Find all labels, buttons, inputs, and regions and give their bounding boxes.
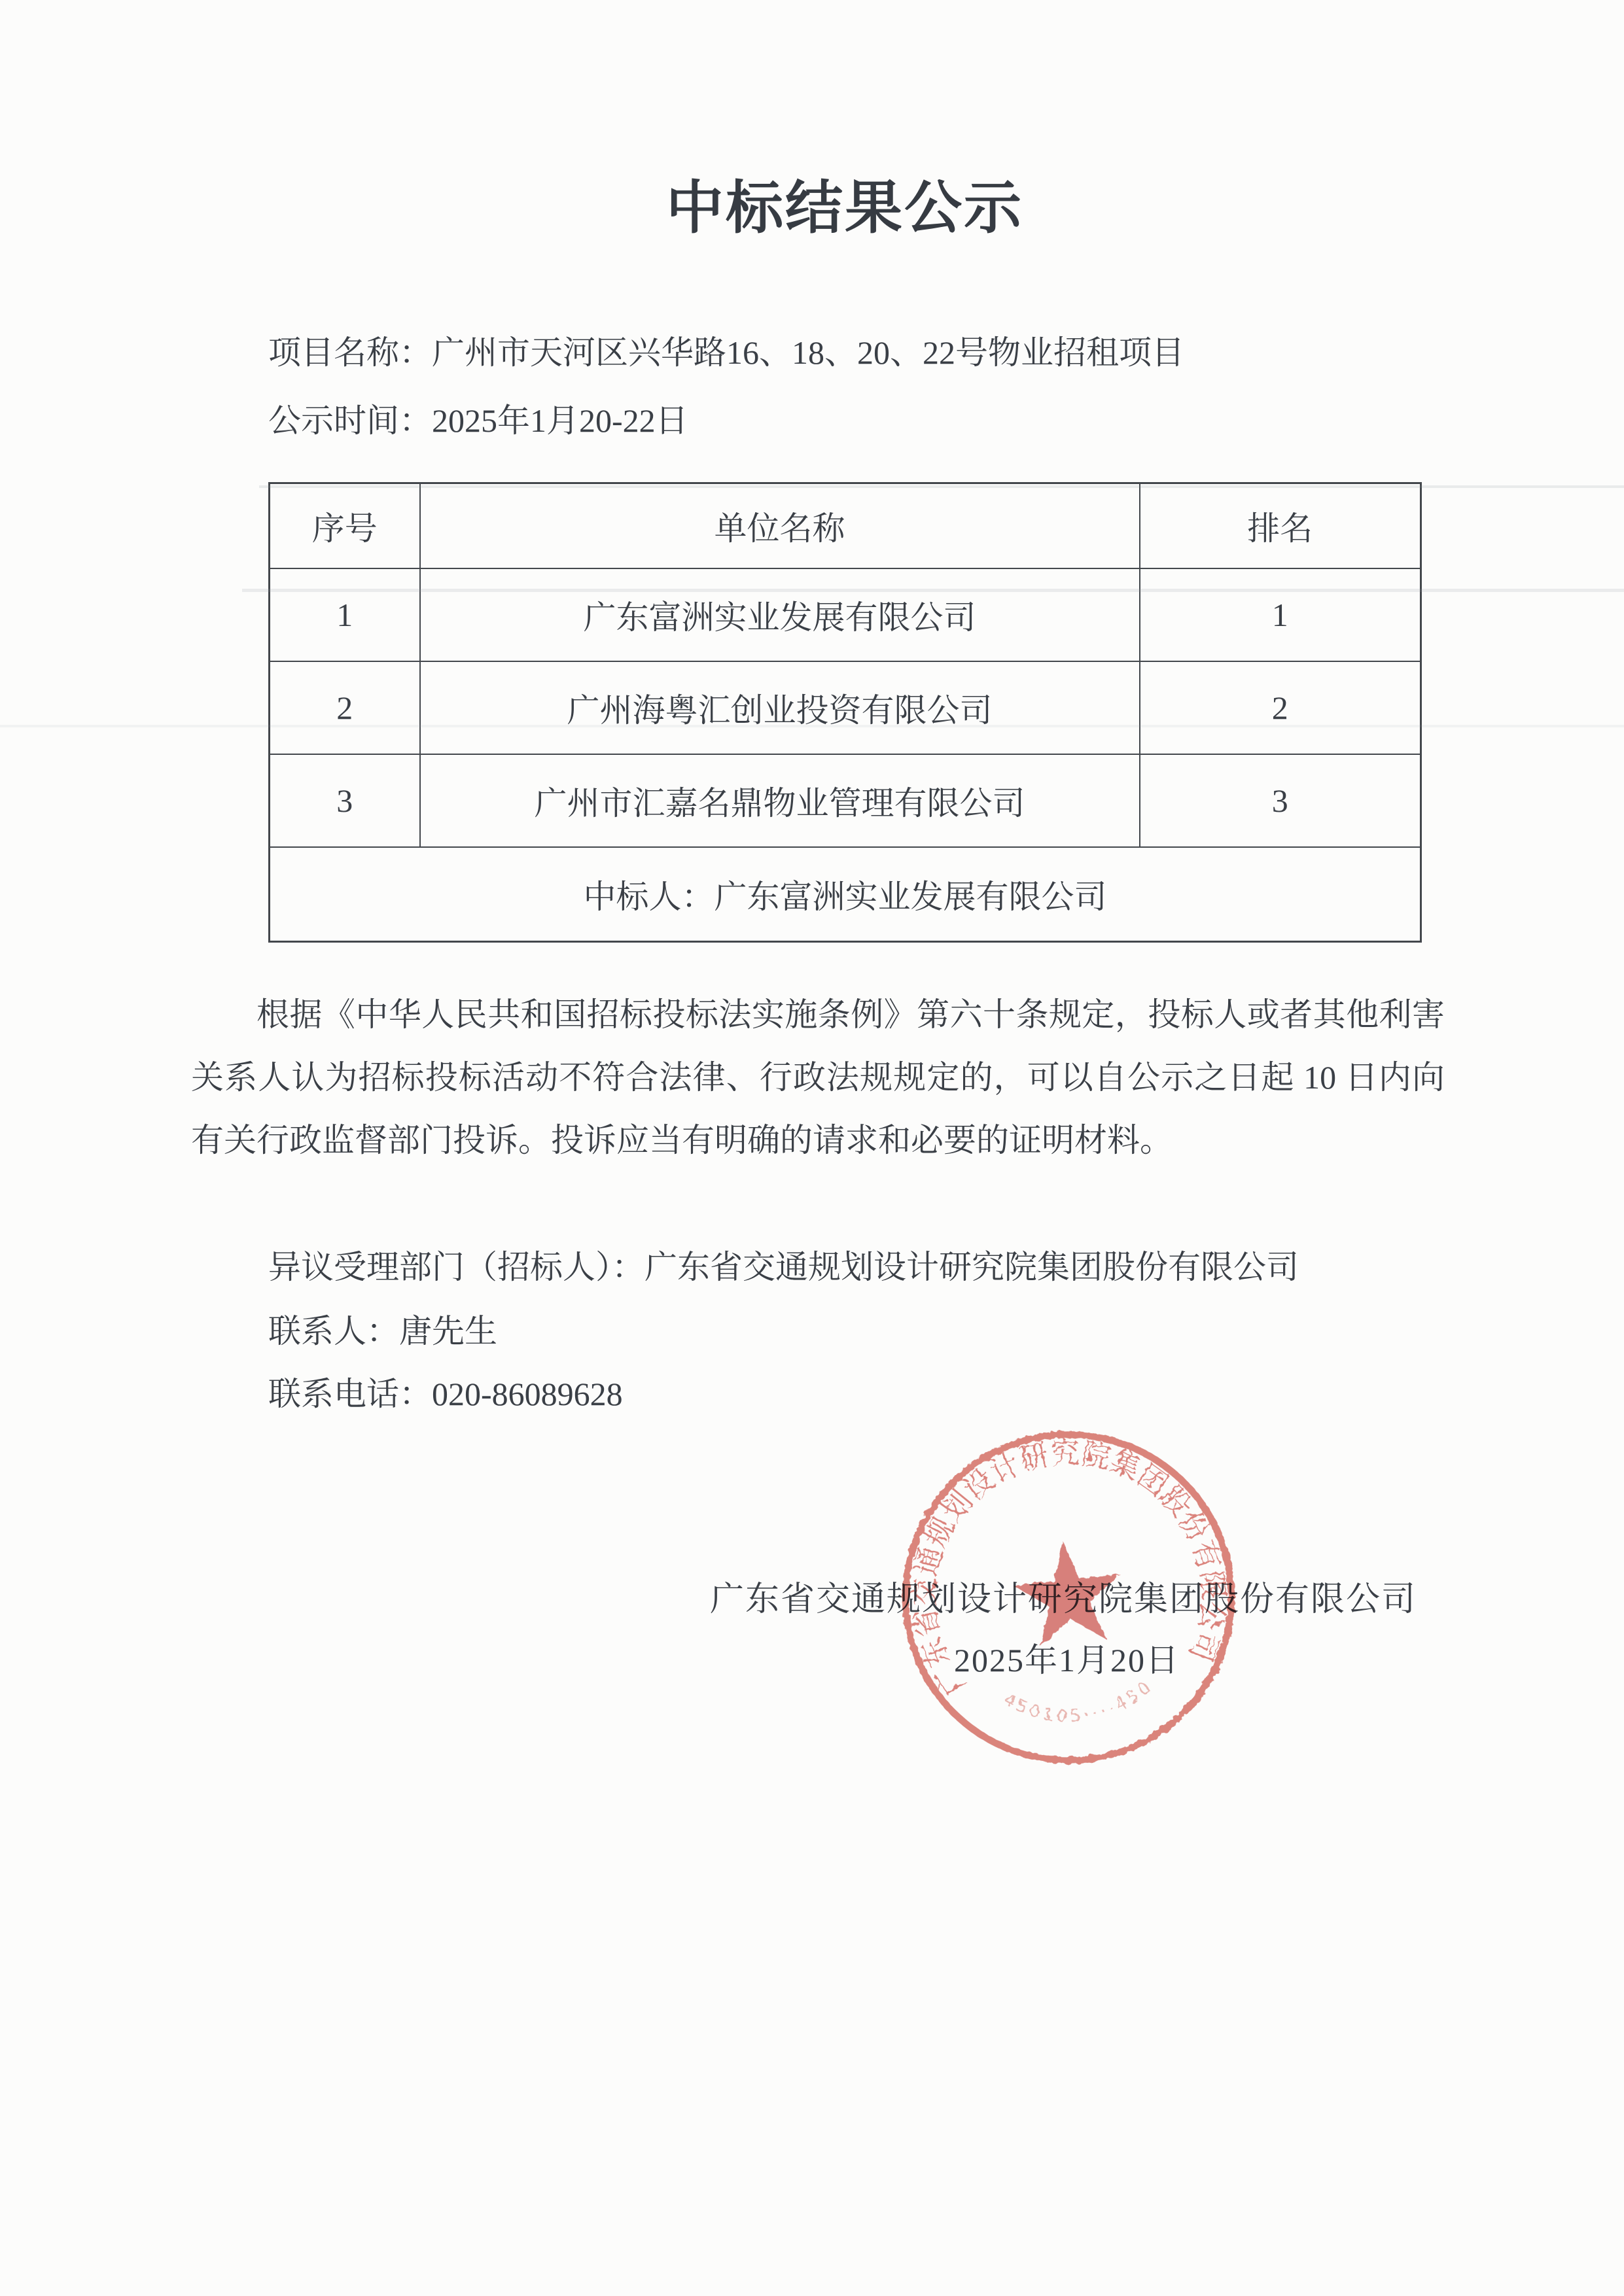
- table-header-row: 序号 单位名称 排名: [270, 483, 1421, 569]
- svg-text:450105····450: 450105····450: [999, 1675, 1160, 1733]
- cell-no: 3: [270, 754, 420, 847]
- seal-graphic: 广东省交通规划设计研究院集团股份有限公司 450105····450: [874, 1403, 1262, 1791]
- col-header-company: 单位名称: [420, 483, 1140, 569]
- col-header-rank: 排名: [1140, 483, 1421, 569]
- winner-cell: 中标人：广东富洲实业发展有限公司: [270, 847, 1421, 942]
- announcement-time-value: 2025年1月20-22日: [432, 402, 688, 439]
- company-seal-stamp: 广东省交通规划设计研究院集团股份有限公司 450105····450: [874, 1403, 1262, 1791]
- contact-person-line: 联系人：唐先生: [268, 1312, 497, 1350]
- cell-rank: 1: [1140, 568, 1421, 661]
- table-row: 1 广东富洲实业发展有限公司 1: [270, 568, 1421, 661]
- table-winner-row: 中标人：广东富洲实业发展有限公司: [270, 847, 1421, 942]
- seal-star-icon: [1009, 1535, 1127, 1648]
- page-title: 中标结果公示: [0, 162, 1624, 245]
- cell-no: 2: [270, 661, 420, 754]
- project-name-value: 广州市天河区兴华路16、18、20、22号物业招租项目: [432, 334, 1184, 371]
- announcement-time-line: 公示时间：2025年1月20-22日: [268, 402, 688, 440]
- paragraph-line-2: 关系人认为招标投标活动不符合法律、行政法规规定的，可以自公示之日起 10 日内向: [191, 1046, 1445, 1109]
- table-row: 2 广州海粤汇创业投资有限公司 2: [270, 661, 1421, 754]
- project-name-label: 项目名称：: [268, 334, 432, 371]
- seal-code-text: 450105····450: [999, 1675, 1160, 1733]
- contact-phone-line: 联系电话：020-86089628: [268, 1375, 623, 1413]
- objection-department-line: 异议受理部门（招标人）：广东省交通规划设计研究院集团股份有限公司: [268, 1248, 1299, 1286]
- cell-company: 广东富洲实业发展有限公司: [420, 568, 1140, 661]
- cell-company: 广州海粤汇创业投资有限公司: [420, 661, 1140, 754]
- paragraph-line-1: 根据《中华人民共和国招标投标法实施条例》第六十条规定，投标人或者其他利害: [191, 983, 1445, 1046]
- document-page: 中标结果公示 项目名称：广州市天河区兴华路16、18、20、22号物业招租项目 …: [0, 0, 1624, 2296]
- table-row: 3 广州市汇嘉名鼎物业管理有限公司 3: [270, 754, 1421, 847]
- paragraph-line-3: 有关行政监督部门投诉。投诉应当有明确的请求和必要的证明材料。: [191, 1109, 1445, 1172]
- legal-paragraph: 根据《中华人民共和国招标投标法实施条例》第六十条规定，投标人或者其他利害 关系人…: [191, 983, 1445, 1172]
- cell-company: 广州市汇嘉名鼎物业管理有限公司: [420, 754, 1140, 847]
- col-header-no: 序号: [270, 483, 420, 569]
- cell-rank: 2: [1140, 661, 1421, 754]
- cell-no: 1: [270, 568, 420, 661]
- project-name-line: 项目名称：广州市天河区兴华路16、18、20、22号物业招租项目: [268, 334, 1184, 372]
- announcement-time-label: 公示时间：: [268, 402, 432, 439]
- bid-result-table: 序号 单位名称 排名 1 广东富洲实业发展有限公司 1 2 广州海粤汇创业投资有…: [268, 482, 1422, 943]
- cell-rank: 3: [1140, 754, 1421, 847]
